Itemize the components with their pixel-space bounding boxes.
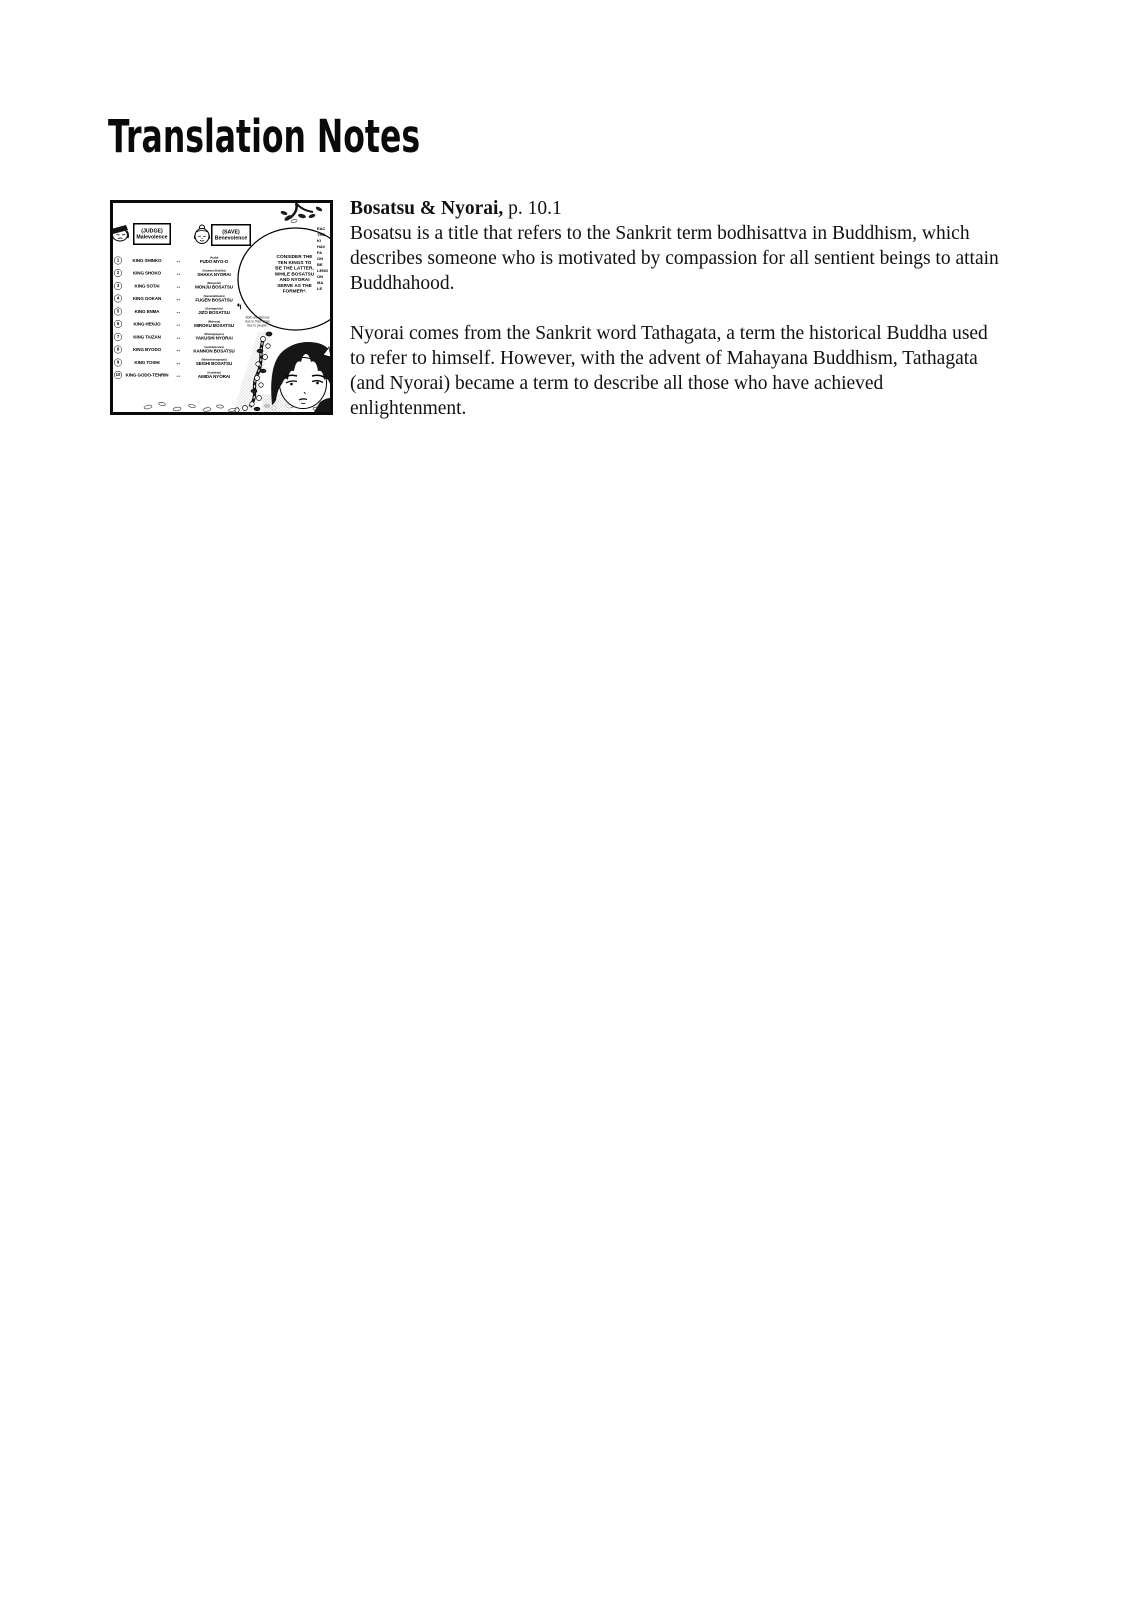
manga-panel-content: (JUDGE) Malevolence (SAVE) Benevolence 1…	[113, 203, 330, 412]
cropped-speech-text: EAC THE KI HAV FA ON BE LENG ON MA LE	[317, 226, 333, 292]
mapping-arrow-icon: ↔	[172, 295, 185, 302]
branch-decoration	[280, 203, 323, 223]
table-row: 9 KING TOSHI ↔ (Mahasthamaprapta)SEISHI …	[114, 356, 245, 369]
king-name: KING TAIZAN	[122, 334, 172, 339]
note-arrow-icon: ↰	[236, 302, 242, 311]
deity-cell: (Kshitigarbha)JIZO BOSATSU	[185, 308, 243, 316]
note-paragraph-1: Bosatsu is a title that refers to the Sa…	[350, 221, 1000, 296]
deity-name: KANNON BOSATSU	[193, 348, 234, 353]
king-name: KING SHINKO	[122, 258, 172, 263]
king-number: 3	[114, 282, 122, 290]
deity-cell: (Manjushri)MONJU BOSATSU	[185, 282, 243, 290]
deity-name: SHAKA NYORAI	[197, 272, 230, 277]
deity-name: AMIDA NYORAI	[198, 374, 230, 379]
king-number: 8	[114, 346, 122, 354]
note-paragraph-2: Nyorai comes from the Sankrit word Tatha…	[350, 321, 1000, 421]
deity-name: MIROKU BOSATSU	[194, 323, 234, 328]
mapping-arrow-icon: ↔	[172, 359, 185, 366]
deity-cell: (Mahasthamaprapta)SEISHI BOSATSU	[185, 359, 243, 367]
table-row: 8 KING BYODO ↔ (Avalokitesvara)KANNON BO…	[114, 343, 245, 356]
note-heading-term: Bosatsu & Nyorai,	[350, 198, 503, 219]
king-face-icon	[113, 225, 128, 241]
table-row: 1 KING SHINKO ↔ (Acala)FUDO MYO-O	[114, 254, 245, 267]
king-number: 10	[114, 371, 122, 379]
margin-note: Both are famous due to their close ties …	[241, 316, 274, 328]
deity-cell: (Avalokitesvara)KANNON BOSATSU	[185, 346, 243, 354]
king-number: 7	[114, 333, 122, 341]
deity-cell: (Gautama Buddha)SHAKA NYORAI	[185, 269, 243, 277]
table-row: 3 KING SOTAI ↔ (Manjushri)MONJU BOSATSU	[114, 280, 245, 293]
king-name: KING BYODO	[122, 347, 172, 352]
king-number: 1	[114, 256, 122, 264]
table-row: 10 KING GODO-TENRIN ↔ (Amitabha)AMIDA NY…	[114, 369, 245, 382]
king-name: KING SOTAI	[122, 283, 172, 288]
mapping-arrow-icon: ↔	[172, 257, 185, 264]
deity-name: MONJU BOSATSU	[195, 285, 233, 290]
king-name: KING SHOKO	[122, 271, 172, 276]
king-number: 6	[114, 320, 122, 328]
deity-cell: (Samantabhadra)FUGEN BOSATSU	[185, 295, 243, 303]
king-number: 9	[114, 358, 122, 366]
king-name: KING GODO-TENRIN	[122, 373, 172, 378]
buddha-face-icon	[194, 225, 209, 244]
king-name: KING TOSHI	[122, 360, 172, 365]
table-row: 2 KING SHOKO ↔ (Gautama Buddha)SHAKA NYO…	[114, 267, 245, 280]
deity-name: JIZO BOSATSU	[198, 310, 230, 315]
mapping-arrow-icon: ↔	[172, 282, 185, 289]
king-name: KING GOKAN	[122, 296, 172, 301]
table-row: 4 KING GOKAN ↔ (Samantabhadra)FUGEN BOSA…	[114, 292, 245, 305]
table-row: 5 KING ENMA ↔ (Kshitigarbha)JIZO BOSATSU	[114, 305, 245, 318]
page-title: Translation Notes	[108, 110, 420, 163]
king-name: KING HENJO	[122, 322, 172, 327]
deity-cell: (Amitabha)AMIDA NYORAI	[185, 371, 243, 379]
mapping-arrow-icon: ↔	[172, 333, 185, 340]
note-heading: Bosatsu & Nyorai, p. 10.1	[350, 196, 1000, 221]
deity-name: FUGEN BOSATSU	[195, 297, 232, 302]
king-number: 5	[114, 307, 122, 315]
deity-cell: (Bhaisajyaguru)YAKUSHI NYORAI	[185, 333, 243, 341]
kings-mapping-table: 1 KING SHINKO ↔ (Acala)FUDO MYO-O 2 KING…	[114, 254, 245, 382]
manga-panel: (JUDGE) Malevolence (SAVE) Benevolence 1…	[110, 200, 333, 415]
mapping-arrow-icon: ↔	[172, 321, 185, 328]
character-face	[262, 342, 330, 412]
note-heading-page-ref: p. 10.1	[503, 198, 562, 219]
judge-label-box: (JUDGE) Malevolence	[133, 223, 171, 245]
deity-name: YAKUSHI NYORAI	[195, 336, 232, 341]
king-name: KING ENMA	[122, 309, 172, 314]
translation-note: Bosatsu & Nyorai, p. 10.1 Bosatsu is a t…	[350, 196, 1000, 421]
deity-cell: (Maitreya)MIROKU BOSATSU	[185, 320, 243, 328]
mapping-arrow-icon: ↔	[172, 270, 185, 277]
deity-name: FUDO MYO-O	[200, 259, 228, 264]
deity-name: SEISHI BOSATSU	[196, 361, 232, 366]
mapping-arrow-icon: ↔	[172, 308, 185, 315]
table-row: 7 KING TAIZAN ↔ (Bhaisajyaguru)YAKUSHI N…	[114, 331, 245, 344]
king-number: 4	[114, 295, 122, 303]
mapping-arrow-icon: ↔	[172, 346, 185, 353]
save-label-box: (SAVE) Benevolence	[211, 224, 251, 246]
book-page: Translation Notes	[0, 0, 1124, 1600]
mapping-arrow-icon: ↔	[172, 372, 185, 379]
table-row: 6 KING HENJO ↔ (Maitreya)MIROKU BOSATSU	[114, 318, 245, 331]
king-number: 2	[114, 269, 122, 277]
deity-cell: (Acala)FUDO MYO-O	[185, 257, 243, 265]
